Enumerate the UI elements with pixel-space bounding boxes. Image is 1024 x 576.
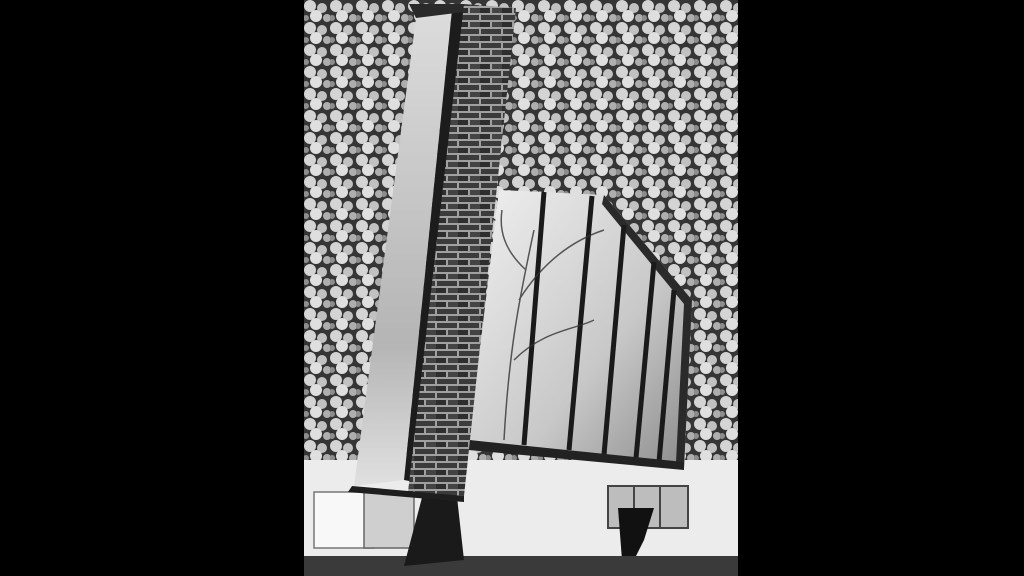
photo-scene <box>304 0 738 576</box>
lawn <box>304 556 738 576</box>
photograph <box>304 0 738 576</box>
